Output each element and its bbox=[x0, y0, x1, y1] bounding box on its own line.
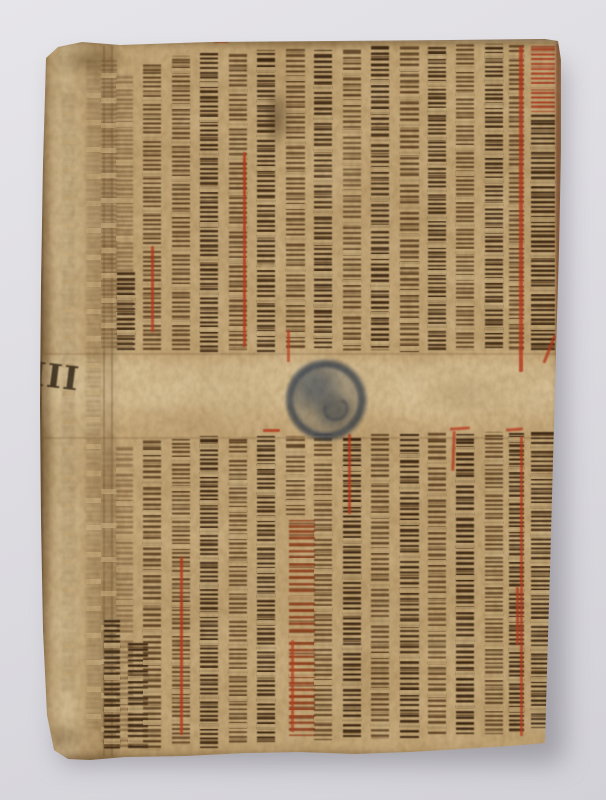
photo-background: III bbox=[0, 0, 606, 800]
parchment-sheen-texture bbox=[0, 0, 606, 800]
manuscript-book: III bbox=[0, 0, 606, 800]
